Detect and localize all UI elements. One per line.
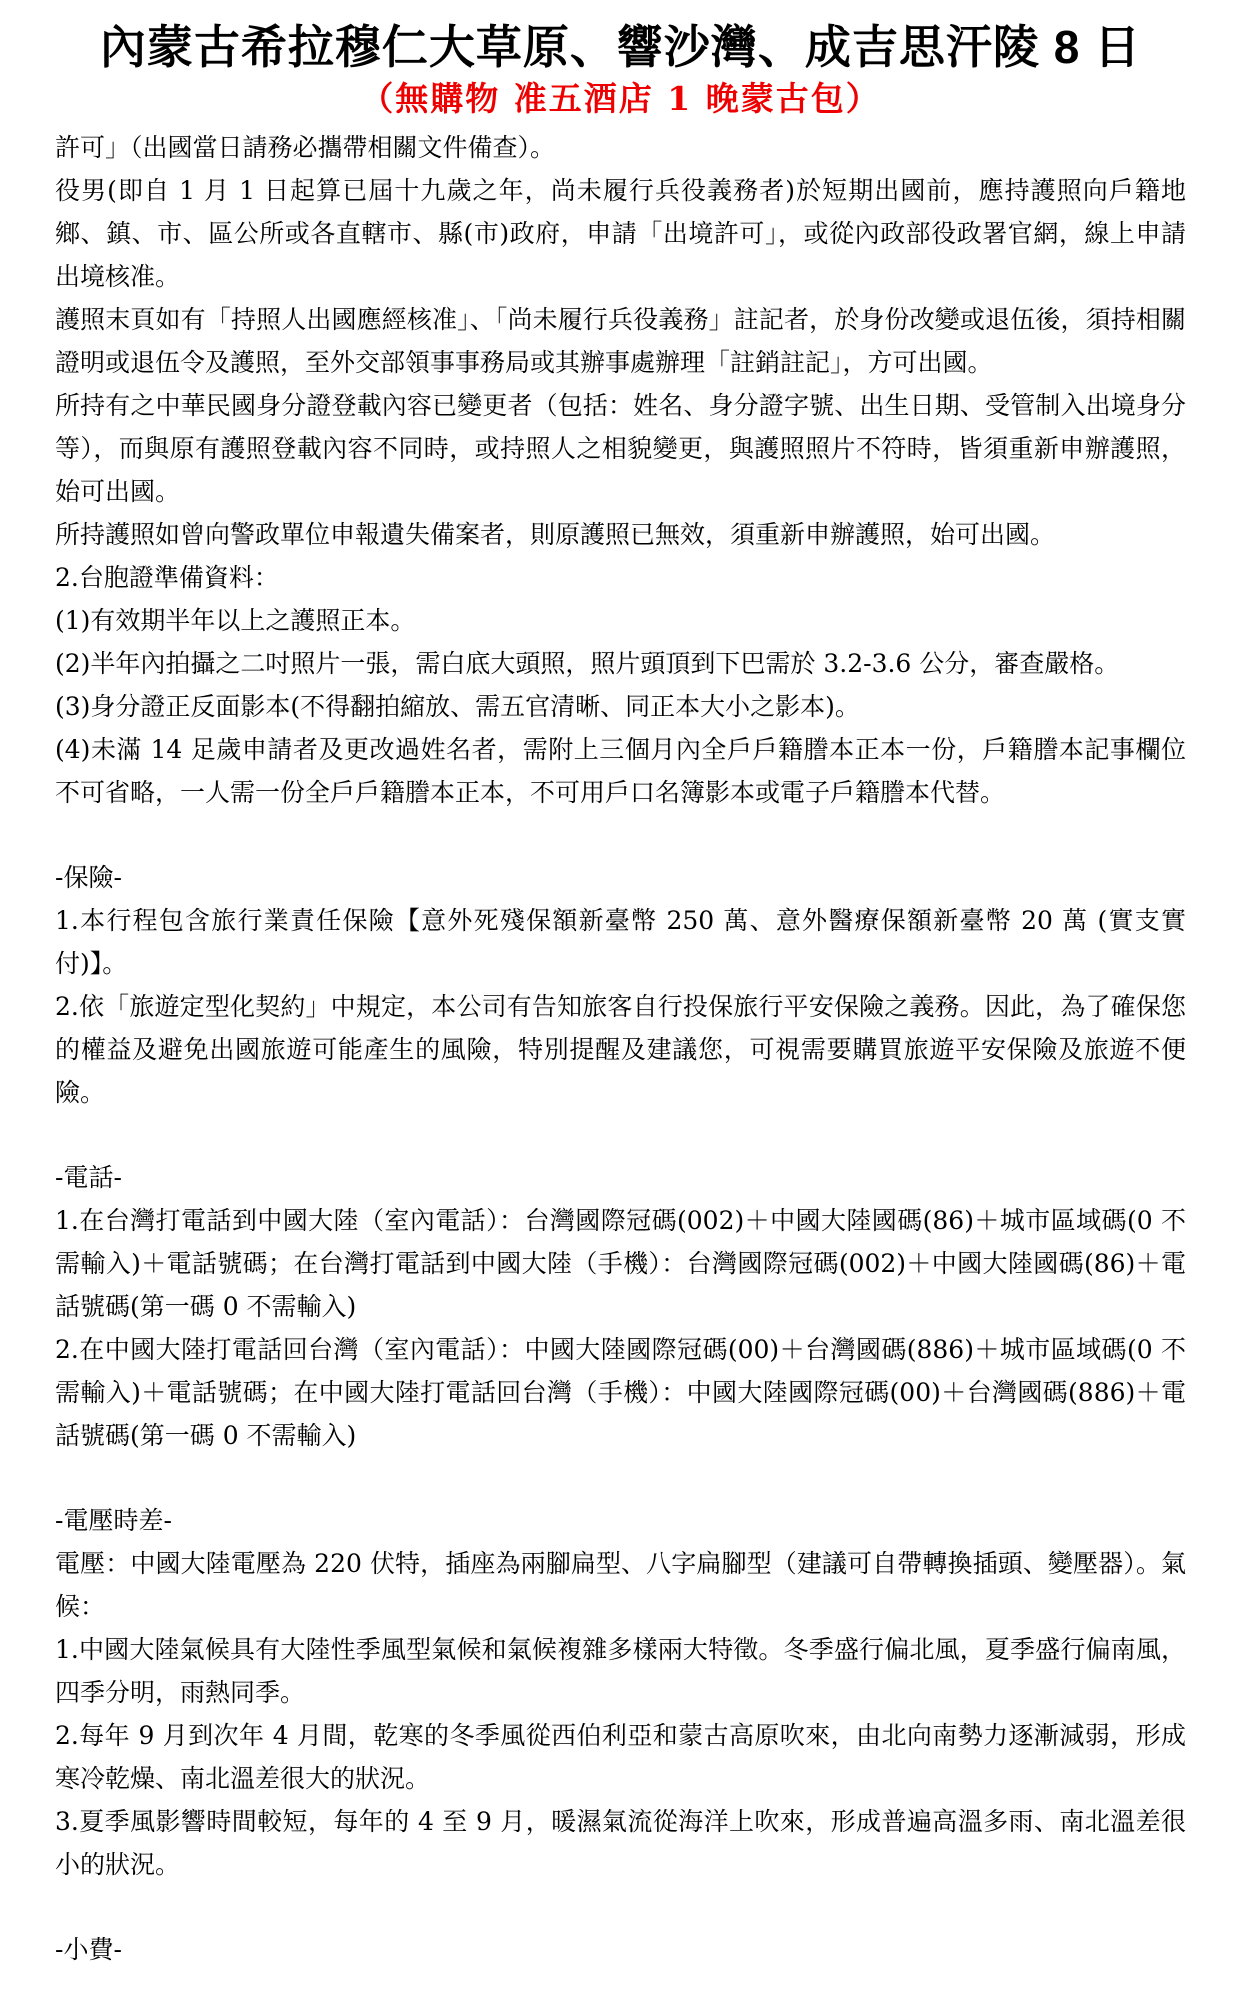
paragraph-climate-1: 1.中國大陸氣候具有大陸性季風型氣候和氣候複雜多樣兩大特徵。冬季盛行偏北風，夏季… (55, 1628, 1186, 1714)
paragraph-climate-2: 2.每年 9 月到次年 4 月間，乾寒的冬季風從西伯利亞和蒙古高原吹來，由北向南… (55, 1714, 1186, 1800)
paragraph-taibaozheng-item-1: (1)有效期半年以上之護照正本。 (55, 599, 1186, 642)
document-subtitle: （無購物 准五酒店 1 晚蒙古包） (55, 78, 1186, 120)
paragraph-exit-permit-note: 許可」（出國當日請務必攜帶相關文件備查）。 (55, 126, 1186, 169)
paragraph-taibaozheng-item-2: (2)半年內拍攝之二吋照片一張，需白底大頭照，照片頭頂到下巴需於 3.2-3.6… (55, 642, 1186, 685)
section-heading-insurance: -保險- (55, 856, 1186, 899)
paragraph-draft-age-males: 役男(即自 1 月 1 日起算已屆十九歲之年，尚未履行兵役義務者)於短期出國前，… (55, 169, 1186, 298)
paragraph-phone-to-china: 1.在台灣打電話到中國大陸（室內電話）：台灣國際冠碼(002)＋中國大陸國碼(8… (55, 1199, 1186, 1328)
document-body: 許可」（出國當日請務必攜帶相關文件備查）。 役男(即自 1 月 1 日起算已屆十… (55, 126, 1186, 1971)
paragraph-voltage: 電壓：中國大陸電壓為 220 伏特，插座為兩腳扁型、八字扁腳型（建議可自帶轉換插… (55, 1542, 1186, 1628)
paragraph-taibaozheng-heading: 2.台胞證準備資料： (55, 556, 1186, 599)
paragraph-lost-passport: 所持護照如曾向警政單位申報遺失備案者，則原護照已無效，須重新申辦護照，始可出國。 (55, 513, 1186, 556)
paragraph-passport-endorsement: 護照末頁如有「持照人出國應經核准」、「尚未履行兵役義務」註記者，於身份改變或退伍… (55, 298, 1186, 384)
section-heading-phone: -電話- (55, 1156, 1186, 1199)
paragraph-insurance-2: 2.依「旅遊定型化契約」中規定，本公司有告知旅客自行投保旅行平安保險之義務。因此… (55, 985, 1186, 1114)
paragraph-id-content-change: 所持有之中華民國身分證登載內容已變更者（包括：姓名、身分證字號、出生日期、受管制… (55, 384, 1186, 513)
paragraph-taibaozheng-item-3: (3)身分證正反面影本(不得翻拍縮放、需五官清晰、同正本大小之影本)。 (55, 685, 1186, 728)
section-voltage-time-difference: -電壓時差- 電壓：中國大陸電壓為 220 伏特，插座為兩腳扁型、八字扁腳型（建… (55, 1499, 1186, 1886)
section-tips: -小費- (55, 1928, 1186, 1971)
section-heading-voltage-time: -電壓時差- (55, 1499, 1186, 1542)
document-title: 內蒙古希拉穆仁大草原、響沙灣、成吉思汗陵 8 日 (55, 16, 1186, 78)
paragraph-phone-to-taiwan: 2.在中國大陸打電話回台灣（室內電話）：中國大陸國際冠碼(00)＋台灣國碼(88… (55, 1328, 1186, 1457)
paragraph-climate-3: 3.夏季風影響時間較短，每年的 4 至 9 月，暖濕氣流從海洋上吹來，形成普遍高… (55, 1800, 1186, 1886)
section-travel-document-notes: 許可」（出國當日請務必攜帶相關文件備查）。 役男(即自 1 月 1 日起算已屆十… (55, 126, 1186, 814)
document-page: 內蒙古希拉穆仁大草原、響沙灣、成吉思汗陵 8 日 （無購物 准五酒店 1 晚蒙古… (0, 0, 1241, 2011)
paragraph-insurance-1: 1.本行程包含旅行業責任保險【意外死殘保額新臺幣 250 萬、意外醫療保額新臺幣… (55, 899, 1186, 985)
section-phone: -電話- 1.在台灣打電話到中國大陸（室內電話）：台灣國際冠碼(002)＋中國大… (55, 1156, 1186, 1457)
section-heading-tips: -小費- (55, 1928, 1186, 1971)
paragraph-taibaozheng-item-4: (4)未滿 14 足歲申請者及更改過姓名者，需附上三個月內全戶戶籍謄本正本一份，… (55, 728, 1186, 814)
section-insurance: -保險- 1.本行程包含旅行業責任保險【意外死殘保額新臺幣 250 萬、意外醫療… (55, 856, 1186, 1114)
